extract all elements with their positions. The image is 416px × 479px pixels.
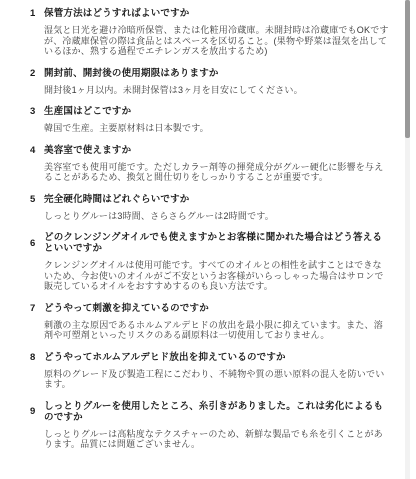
question-number: 3	[30, 106, 44, 117]
question-number: 4	[30, 145, 44, 156]
question-row: 1 保管方法はどうすればよいですか	[30, 8, 390, 19]
answer-text: 刺激の主な原因であるホルムアルデヒドの放出を最小限に抑えています。また、溶剤や可…	[44, 320, 390, 341]
answer-text: 美容室でも使用可能です。ただしカラー剤等の揮発成分がグルー硬化に影響を与えること…	[44, 162, 390, 183]
question-row: 7 どうやって刺激を抑えているのですか	[30, 303, 390, 314]
question-number: 6	[30, 238, 44, 249]
question-text: 保管方法はどうすればよいですか	[44, 8, 390, 19]
answer-text: 韓国で生産。主要原材料は日本製です。	[44, 123, 390, 134]
question-text: 生産国はどこですか	[44, 106, 390, 117]
question-number: 5	[30, 194, 44, 205]
faq-item: 5 完全硬化時間はどれぐらいですか しっとりグルーは3時間、さらさらグルーは2時…	[30, 194, 390, 222]
faq-item: 6 どのクレンジングオイルでも使えますかとお客様に聞かれた場合はどう答えるといい…	[30, 232, 390, 292]
faq-item: 7 どうやって刺激を抑えているのですか 刺激の主な原因であるホルムアルデヒドの放…	[30, 303, 390, 341]
faq-document: 1 保管方法はどうすればよいですか 湿気と日光を避け冷暗所保管、または化粧用冷蔵…	[0, 0, 416, 479]
question-row: 8 どうやってホルムアルデヒド放出を抑えているのですか	[30, 352, 390, 363]
question-row: 5 完全硬化時間はどれぐらいですか	[30, 194, 390, 205]
question-text: 完全硬化時間はどれぐらいですか	[44, 194, 390, 205]
question-number: 7	[30, 303, 44, 314]
answer-text: 湿気と日光を避け冷暗所保管、または化粧用冷蔵庫。未開封時は冷蔵庫でもOKですが、…	[44, 25, 390, 57]
question-number: 8	[30, 352, 44, 363]
question-row: 9 しっとりグルーを使用したところ、糸引きがありました。これは劣化によるものです…	[30, 401, 390, 423]
faq-item: 9 しっとりグルーを使用したところ、糸引きがありました。これは劣化によるものです…	[30, 401, 390, 450]
question-text: どのクレンジングオイルでも使えますかとお客様に聞かれた場合はどう答えるといいです…	[44, 232, 390, 254]
question-row: 6 どのクレンジングオイルでも使えますかとお客様に聞かれた場合はどう答えるといい…	[30, 232, 390, 254]
question-text: どうやってホルムアルデヒド放出を抑えているのですか	[44, 352, 390, 363]
answer-text: しっとりグルーは3時間、さらさらグルーは2時間です。	[44, 211, 390, 222]
faq-item: 8 どうやってホルムアルデヒド放出を抑えているのですか 原料のグレード及び製造工…	[30, 352, 390, 390]
question-text: しっとりグルーを使用したところ、糸引きがありました。これは劣化によるものですか	[44, 401, 390, 423]
faq-item: 4 美容室で使えますか 美容室でも使用可能です。ただしカラー剤等の揮発成分がグル…	[30, 145, 390, 183]
question-text: 開封前、開封後の使用期限はありますか	[44, 68, 390, 79]
answer-text: クレンジングオイルは使用可能です。すべてのオイルとの相性を試すことはできないため…	[44, 260, 390, 292]
faq-item: 2 開封前、開封後の使用期限はありますか 開封後1ヶ月以内。未開封保管は3ヶ月を…	[30, 68, 390, 96]
question-number: 2	[30, 68, 44, 79]
scrollbar-thumb[interactable]	[405, 0, 410, 138]
answer-text: 原料のグレード及び製造工程にこだわり、不純物や質の悪い原料の混入を防いでいます。	[44, 369, 390, 390]
answer-text: しっとりグルーは高粘度なテクスチャーのため、新鮮な製品でも糸を引くことがあります…	[44, 429, 390, 450]
faq-item: 3 生産国はどこですか 韓国で生産。主要原材料は日本製です。	[30, 106, 390, 134]
answer-text: 開封後1ヶ月以内。未開封保管は3ヶ月を目安にしてください。	[44, 85, 390, 96]
faq-item: 1 保管方法はどうすればよいですか 湿気と日光を避け冷暗所保管、または化粧用冷蔵…	[30, 8, 390, 57]
question-row: 3 生産国はどこですか	[30, 106, 390, 117]
question-text: 美容室で使えますか	[44, 145, 390, 156]
question-row: 2 開封前、開封後の使用期限はありますか	[30, 68, 390, 79]
scrollbar-track[interactable]	[405, 0, 410, 479]
faq-list: 1 保管方法はどうすればよいですか 湿気と日光を避け冷暗所保管、または化粧用冷蔵…	[0, 0, 416, 450]
question-number: 9	[30, 406, 44, 417]
question-number: 1	[30, 8, 44, 19]
question-text: どうやって刺激を抑えているのですか	[44, 303, 390, 314]
question-row: 4 美容室で使えますか	[30, 145, 390, 156]
